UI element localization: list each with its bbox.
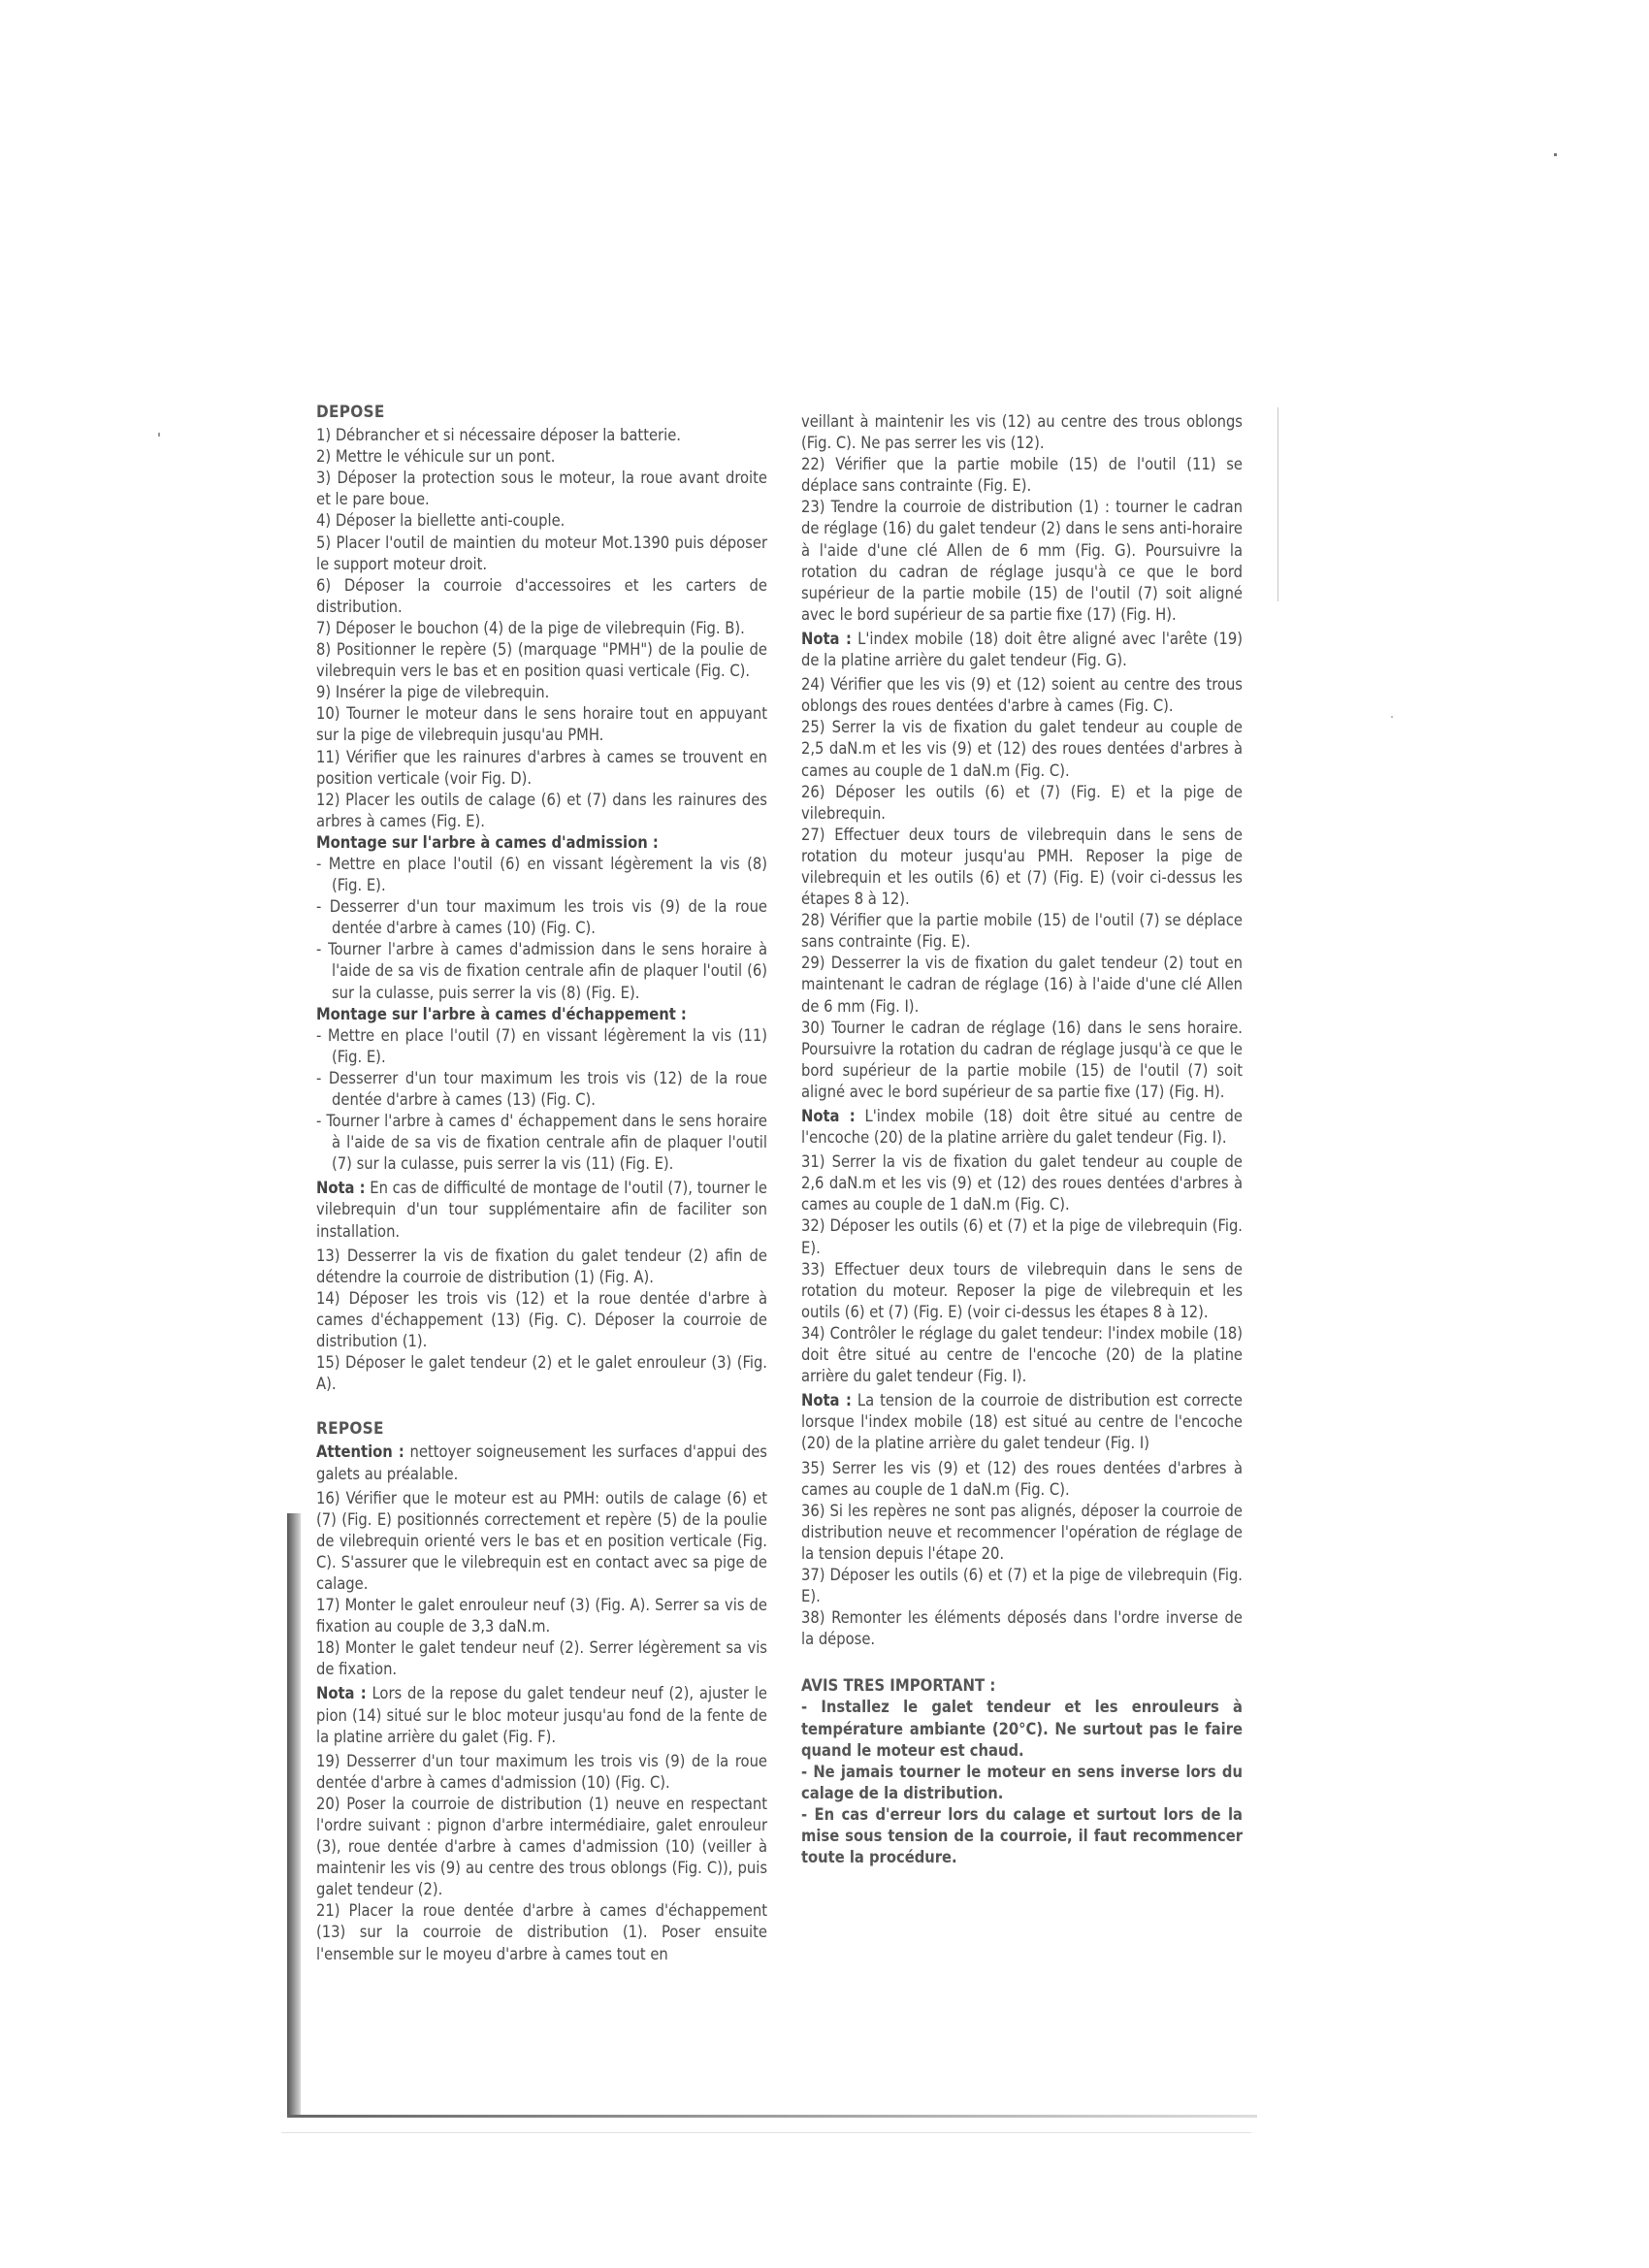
step: 12) Placer les outils de calage (6) et (…: [316, 790, 767, 832]
step: 38) Remonter les éléments déposés dans l…: [801, 1607, 1243, 1650]
step: 28) Vérifier que la partie mobile (15) d…: [801, 910, 1243, 953]
scan-page-bottom-edge: [287, 2115, 1257, 2118]
nota-label: Nota :: [801, 630, 852, 648]
step: 6) Déposer la courroie d'accessoires et …: [316, 575, 767, 618]
step: 10) Tourner le moteur dans le sens horai…: [316, 703, 767, 746]
scan-page-bottom-line: [281, 2132, 1251, 2133]
step: 13) Desserrer la vis de fixation du gale…: [316, 1246, 767, 1288]
subheading-echappement: Montage sur l'arbre à cames d'échappemen…: [316, 1004, 767, 1025]
important-notice-item: - Installez le galet tendeur et les enro…: [801, 1697, 1243, 1761]
step: 5) Placer l'outil de maintien du moteur …: [316, 533, 767, 575]
step: 19) Desserrer d'un tour maximum les troi…: [316, 1751, 767, 1794]
step: 25) Serrer la vis de fixation du galet t…: [801, 717, 1243, 781]
attention: Attention : nettoyer soigneusement les s…: [316, 1442, 767, 1484]
step: 8) Positionner le repère (5) (marquage "…: [316, 639, 767, 682]
step-continuation: veillant à maintenir les vis (12) au cen…: [801, 411, 1243, 454]
step: 30) Tourner le cadran de réglage (16) da…: [801, 1018, 1243, 1103]
scan-speck: [158, 433, 160, 437]
nota-text: En cas de difficulté de montage de l'out…: [316, 1179, 767, 1240]
step: 27) Effectuer deux tours de vilebrequin …: [801, 825, 1243, 910]
step: 22) Vérifier que la partie mobile (15) d…: [801, 454, 1243, 497]
step: 20) Poser la courroie de distribution (1…: [316, 1794, 767, 1900]
section-title-repose: REPOSE: [316, 1418, 767, 1440]
nota-label: Nota :: [801, 1391, 852, 1409]
step: 23) Tendre la courroie de distribution (…: [801, 497, 1243, 626]
nota-text: Lors de la repose du galet tendeur neuf …: [316, 1684, 767, 1745]
attention-label: Attention :: [316, 1442, 404, 1461]
nota: Nota : La tension de la courroie de dist…: [801, 1390, 1243, 1454]
step: 21) Placer la roue dentée d'arbre à came…: [316, 1900, 767, 1964]
scan-page-shadow: [287, 1513, 301, 2117]
list-item: - Desserrer d'un tour maximum les trois …: [316, 1068, 767, 1111]
nota-text: L'index mobile (18) doit être situé au c…: [801, 1107, 1243, 1147]
scan-speck: [1554, 153, 1557, 156]
step: 11) Vérifier que les rainures d'arbres à…: [316, 747, 767, 790]
step: 34) Contrôler le réglage du galet tendeu…: [801, 1323, 1243, 1387]
step: 32) Déposer les outils (6) et (7) et la …: [801, 1215, 1243, 1258]
step: 37) Déposer les outils (6) et (7) et la …: [801, 1565, 1243, 1607]
step: 16) Vérifier que le moteur est au PMH: o…: [316, 1488, 767, 1595]
step: 4) Déposer la biellette anti-couple.: [316, 510, 767, 532]
list-item: - Desserrer d'un tour maximum les trois …: [316, 896, 767, 939]
scan-page-right-edge: [1277, 407, 1278, 601]
important-notice-item: - Ne jamais tourner le moteur en sens in…: [801, 1762, 1243, 1804]
nota: Nota : En cas de difficulté de montage d…: [316, 1178, 767, 1242]
step: 17) Monter le galet enrouleur neuf (3) (…: [316, 1595, 767, 1637]
nota-text: L'index mobile (18) doit être aligné ave…: [801, 630, 1243, 669]
nota-text: La tension de la courroie de distributio…: [801, 1391, 1243, 1452]
list-item: - Mettre en place l'outil (6) en vissant…: [316, 854, 767, 896]
subheading-admission: Montage sur l'arbre à cames d'admission …: [316, 832, 767, 854]
list-item: - Tourner l'arbre à cames d' échappement…: [316, 1111, 767, 1175]
step: 36) Si les repères ne sont pas alignés, …: [801, 1501, 1243, 1565]
step: 15) Déposer le galet tendeur (2) et le g…: [316, 1352, 767, 1395]
right-column: veillant à maintenir les vis (12) au cen…: [801, 411, 1243, 1868]
step: 9) Insérer la pige de vilebrequin.: [316, 682, 767, 703]
left-column: DEPOSE 1) Débrancher et si nécessaire dé…: [316, 402, 767, 1965]
important-notice-title: AVIS TRES IMPORTANT :: [801, 1675, 1243, 1697]
step: 1) Débrancher et si nécessaire déposer l…: [316, 425, 767, 446]
step: 24) Vérifier que les vis (9) et (12) soi…: [801, 674, 1243, 717]
nota-label: Nota :: [316, 1684, 367, 1702]
step: 31) Serrer la vis de fixation du galet t…: [801, 1151, 1243, 1215]
list-item: - Tourner l'arbre à cames d'admission da…: [316, 939, 767, 1003]
nota-label: Nota :: [316, 1179, 366, 1197]
list-item: - Mettre en place l'outil (7) en vissant…: [316, 1025, 767, 1068]
step: 7) Déposer le bouchon (4) de la pige de …: [316, 618, 767, 639]
nota-label: Nota :: [801, 1107, 856, 1125]
step: 35) Serrer les vis (9) et (12) des roues…: [801, 1458, 1243, 1501]
nota: Nota : L'index mobile (18) doit être ali…: [801, 629, 1243, 671]
step: 2) Mettre le véhicule sur un pont.: [316, 446, 767, 468]
step: 26) Déposer les outils (6) et (7) (Fig. …: [801, 782, 1243, 825]
section-title-depose: DEPOSE: [316, 402, 767, 423]
nota: Nota : L'index mobile (18) doit être sit…: [801, 1106, 1243, 1149]
step: 29) Desserrer la vis de fixation du gale…: [801, 953, 1243, 1017]
scan-speck: [1391, 716, 1393, 718]
step: 18) Monter le galet tendeur neuf (2). Se…: [316, 1637, 767, 1680]
step: 3) Déposer la protection sous le moteur,…: [316, 468, 767, 510]
step: 14) Déposer les trois vis (12) et la rou…: [316, 1288, 767, 1352]
nota: Nota : Lors de la repose du galet tendeu…: [316, 1683, 767, 1747]
step: 33) Effectuer deux tours de vilebrequin …: [801, 1259, 1243, 1323]
important-notice-item: - En cas d'erreur lors du calage et surt…: [801, 1804, 1243, 1868]
